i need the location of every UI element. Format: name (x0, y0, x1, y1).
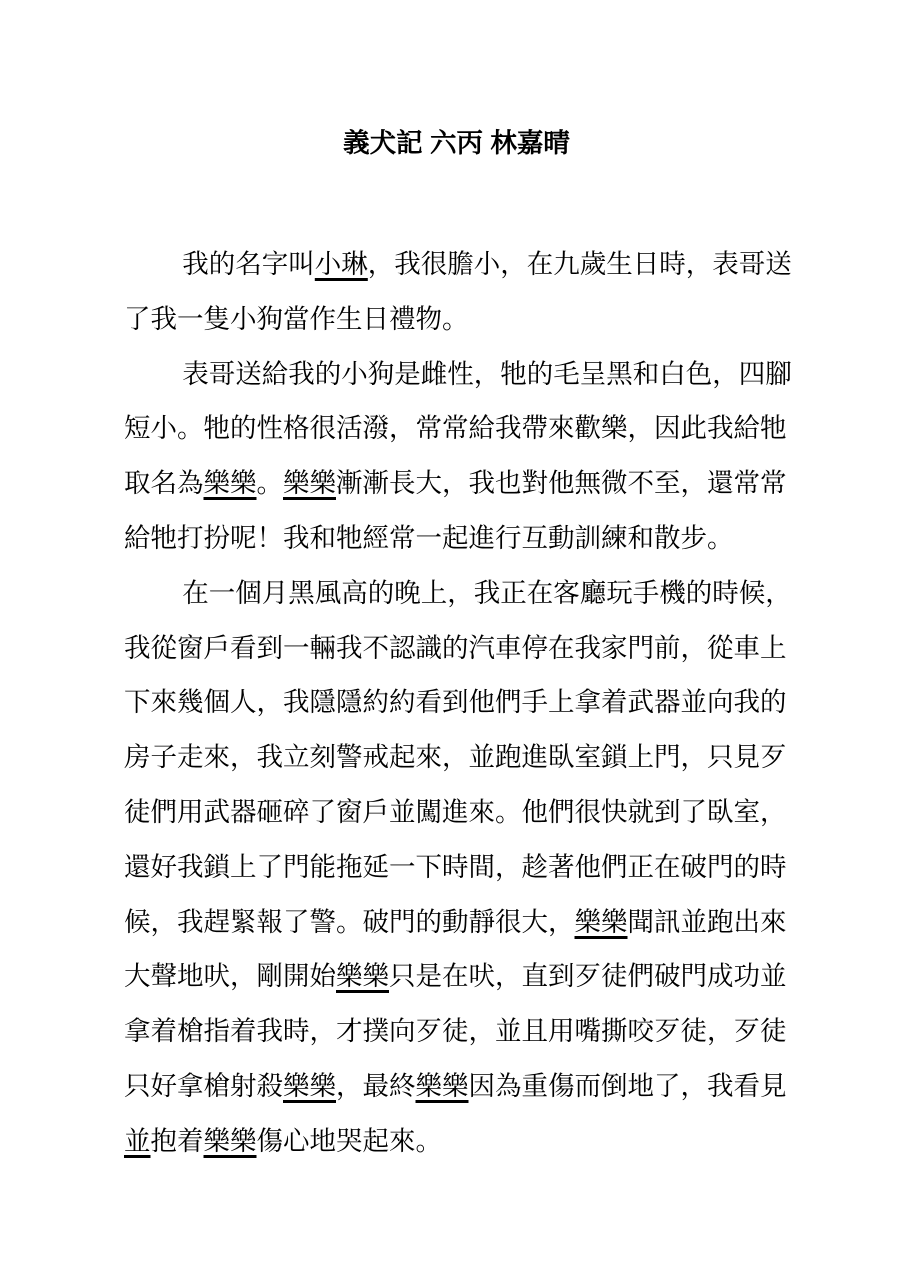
text-run: 我從窗戶看到一輛我不認識的汽車停在我家門前，從車上 (124, 633, 787, 663)
text-run: ，最終 (336, 1071, 416, 1101)
text-line: 房子走來，我立刻警戒起來，並跑進臥室鎖上門，只見歹 (124, 730, 789, 785)
text-run: 下來幾個人，我隱隱約約看到他們手上拿着武器並向我的 (124, 687, 787, 717)
underlined-text-run: 樂樂 (575, 907, 628, 937)
text-run: 還好我鎖上了門能拖延一下時間，趁著他們正在破門的時 (124, 852, 787, 882)
paragraph: 在一個月黑風高的晚上，我正在客廳玩手機的時候，我從窗戶看到一輛我不認識的汽車停在… (124, 566, 789, 1169)
text-run: ，我很膽小，在九歲生日時，表哥送 (368, 249, 792, 279)
text-run: 候，我趕緊報了警。破門的動靜很大， (124, 907, 575, 937)
document-page: 義犬記 六丙 林嘉晴 我的名字叫小琳，我很膽小，在九歲生日時，表哥送了我一隻小狗… (0, 0, 905, 1280)
text-line: 只好拿槍射殺樂樂，最終樂樂因為重傷而倒地了，我看見 (124, 1059, 789, 1114)
text-run: 給牠打扮呢！我和牠經常一起進行互動訓練和散步。 (124, 523, 734, 553)
underlined-text-run: 樂樂 (416, 1071, 469, 1101)
text-line: 短小。牠的性格很活潑，常常給我帶來歡樂，因此我給牠 (124, 401, 789, 456)
paragraph: 表哥送給我的小狗是雌性，牠的毛呈黑和白色，四腳短小。牠的性格很活潑，常常給我帶來… (124, 347, 789, 566)
underlined-text-run: 樂樂 (283, 1071, 336, 1101)
text-line: 給牠打扮呢！我和牠經常一起進行互動訓練和散步。 (124, 511, 789, 566)
text-run: 傷心地哭起來。 (257, 1126, 443, 1156)
text-run: 因為重傷而倒地了，我看見 (469, 1071, 787, 1101)
text-line: 大聲地吠，剛開始樂樂只是在吠，直到歹徒們破門成功並 (124, 949, 789, 1004)
text-line: 並抱着樂樂傷心地哭起來。 (124, 1114, 789, 1169)
text-run: 聞訊並跑出來 (628, 907, 787, 937)
text-line: 了我一隻小狗當作生日禮物。 (124, 292, 789, 347)
text-run: 取名為 (124, 468, 204, 498)
text-run: 我的名字叫 (182, 249, 315, 279)
text-line: 拿着槍指着我時，才撲向歹徒，並且用嘴撕咬歹徒，歹徒 (124, 1004, 789, 1059)
text-run: 漸漸長大，我也對他無微不至，還常常 (336, 468, 787, 498)
text-run: 只好拿槍射殺 (124, 1071, 283, 1101)
text-run: 只是在吠，直到歹徒們破門成功並 (389, 961, 787, 991)
text-line: 我從窗戶看到一輛我不認識的汽車停在我家門前，從車上 (124, 621, 789, 676)
text-run: 。 (257, 468, 284, 498)
underlined-text-run: 樂樂 (283, 468, 336, 498)
underlined-text-run: 小琳 (315, 249, 368, 279)
text-run: 拿着槍指着我時，才撲向歹徒，並且用嘴撕咬歹徒，歹徒 (124, 1016, 787, 1046)
underlined-text-run: 並 (124, 1126, 151, 1156)
text-line: 我的名字叫小琳，我很膽小，在九歲生日時，表哥送 (124, 237, 789, 292)
paragraph: 我的名字叫小琳，我很膽小，在九歲生日時，表哥送了我一隻小狗當作生日禮物。 (124, 237, 789, 347)
text-line: 下來幾個人，我隱隱約約看到他們手上拿着武器並向我的 (124, 675, 789, 730)
text-run: 表哥送給我的小狗是雌性，牠的毛呈黑和白色，四腳 (182, 359, 792, 389)
text-line: 在一個月黑風高的晚上，我正在客廳玩手機的時候， (124, 566, 789, 621)
text-line: 表哥送給我的小狗是雌性，牠的毛呈黑和白色，四腳 (124, 347, 789, 402)
text-run: 了我一隻小狗當作生日禮物。 (124, 304, 469, 334)
text-run: 房子走來，我立刻警戒起來，並跑進臥室鎖上門，只見歹 (124, 742, 787, 772)
document-title: 義犬記 六丙 林嘉晴 (124, 126, 789, 160)
text-line: 還好我鎖上了門能拖延一下時間，趁著他們正在破門的時 (124, 840, 789, 895)
text-line: 徒們用武器砸碎了窗戶並闖進來。他們很快就到了臥室， (124, 785, 789, 840)
text-run: 在一個月黑風高的晚上，我正在客廳玩手機的時候， (182, 578, 792, 608)
underlined-text-run: 樂樂 (336, 961, 389, 991)
text-run: 短小。牠的性格很活潑，常常給我帶來歡樂，因此我給牠 (124, 413, 787, 443)
text-line: 候，我趕緊報了警。破門的動靜很大，樂樂聞訊並跑出來 (124, 895, 789, 950)
text-run: 大聲地吠，剛開始 (124, 961, 336, 991)
document-body: 我的名字叫小琳，我很膽小，在九歲生日時，表哥送了我一隻小狗當作生日禮物。表哥送給… (124, 237, 789, 1169)
underlined-text-run: 樂樂 (204, 1126, 257, 1156)
text-line: 取名為樂樂。樂樂漸漸長大，我也對他無微不至，還常常 (124, 456, 789, 511)
underlined-text-run: 樂樂 (204, 468, 257, 498)
text-run: 抱着 (151, 1126, 204, 1156)
text-run: 徒們用武器砸碎了窗戶並闖進來。他們很快就到了臥室， (124, 797, 787, 827)
